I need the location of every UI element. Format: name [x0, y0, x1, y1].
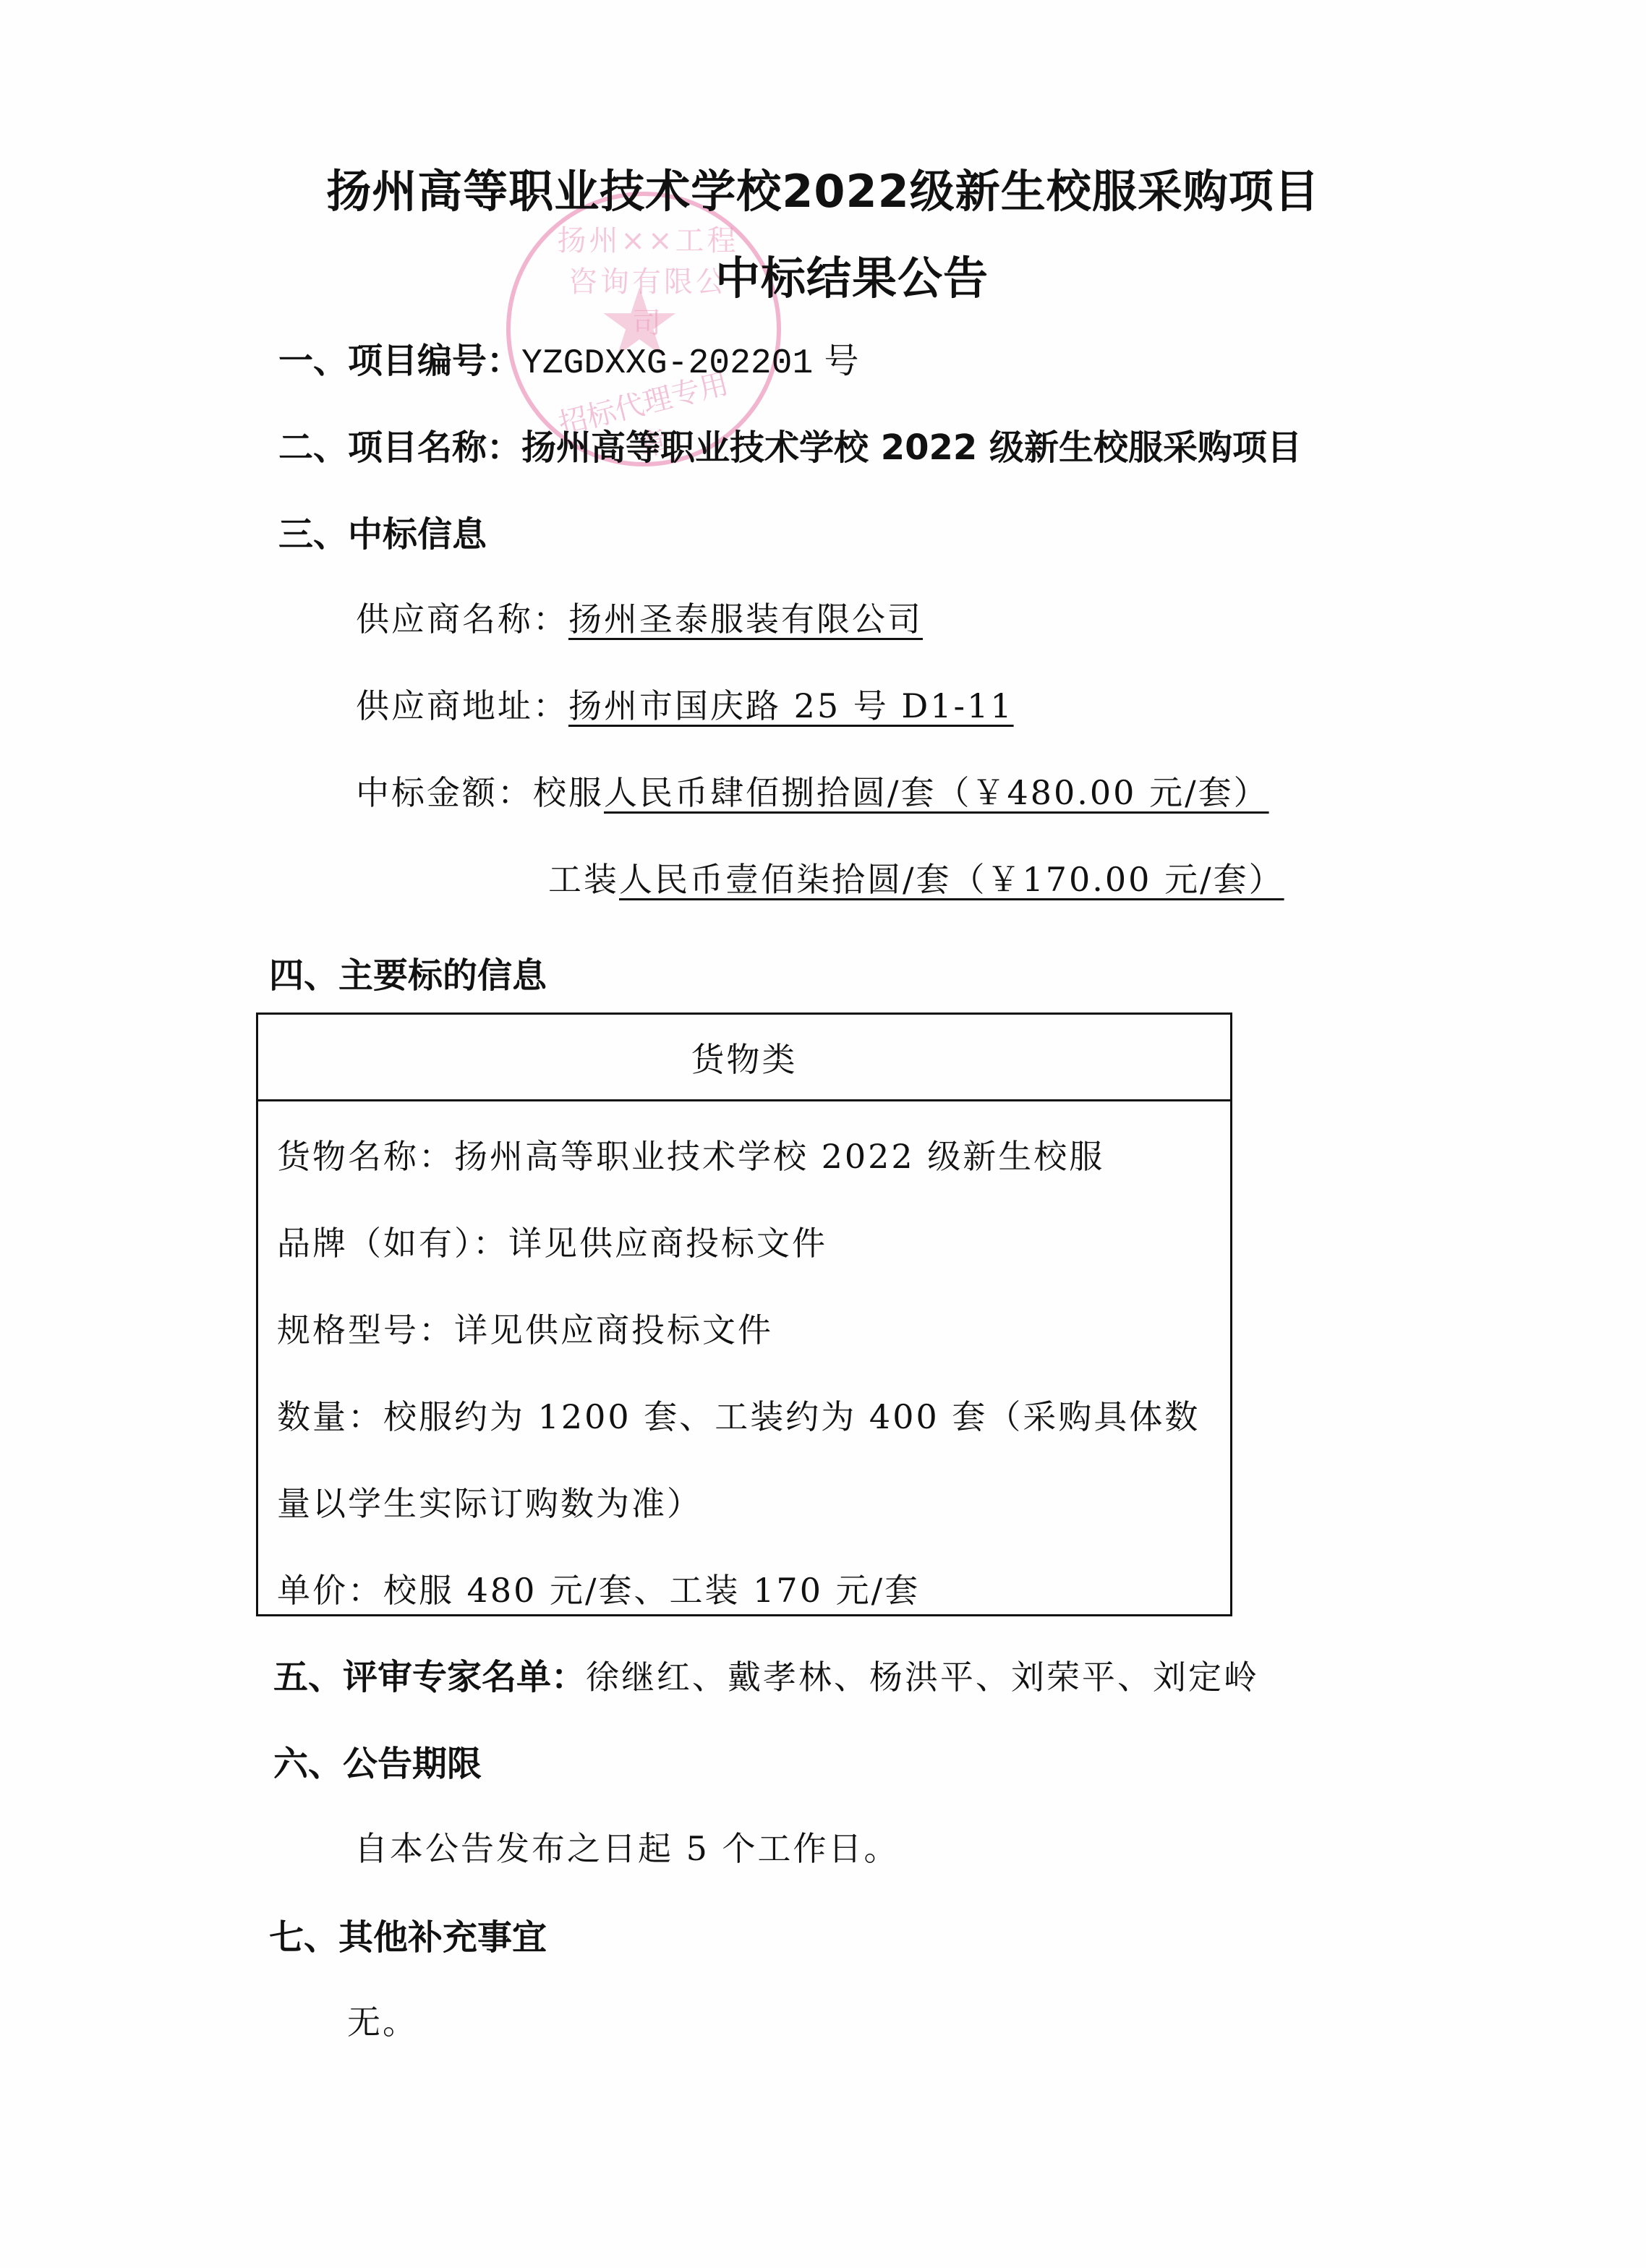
section-notice-period-heading: 六、公告期限 [273, 1736, 482, 1786]
table-row-unit-price: 单价：校服 480 元/套、工装 170 元/套 [277, 1564, 920, 1612]
page-title: 扬州高等职业技术学校2022级新生校服采购项目 [0, 155, 1646, 220]
section-experts: 五、评审专家名单：徐继红、戴孝林、杨洪平、刘荣平、刘定岭 [273, 1649, 1259, 1699]
uniform-prefix: 校服 [533, 773, 604, 812]
project-number-value: YZGDXXG-202201 [521, 344, 813, 383]
workwear-prefix: 工装 [548, 860, 619, 899]
project-name-label: 二、项目名称： [278, 427, 521, 468]
page-subtitle: 中标结果公告 [29, 242, 1646, 307]
workwear-amount: 人民币壹佰柒拾圆/套（￥170.00 元/套） [619, 860, 1284, 899]
bid-amount-label: 中标金额： [356, 773, 533, 812]
bid-amount-workwear-row: 工装人民币壹佰柒拾圆/套（￥170.00 元/套） [548, 853, 1284, 901]
supplier-name-value: 扬州圣泰服装有限公司 [568, 600, 923, 639]
table-header: 货物类 [258, 1015, 1230, 1101]
table-row-quantity: 数量：校服约为 1200 套、工装约为 400 套（采购具体数 [277, 1391, 1200, 1438]
supplier-name-label: 供应商名称： [356, 600, 568, 639]
section-project-number: 一、项目编号：YZGDXXG-202201 号 [278, 333, 859, 383]
table-row-brand: 品牌（如有）：详见供应商投标文件 [277, 1217, 827, 1265]
section-bid-info-heading: 三、中标信息 [278, 506, 487, 556]
goods-info-table: 货物类 货物名称：扬州高等职业技术学校 2022 级新生校服 品牌（如有）：详见… [256, 1012, 1232, 1616]
supplier-name-row: 供应商名称：扬州圣泰服装有限公司 [356, 593, 923, 641]
announcement-page: 扬州××工程咨询有限公司 ★ 招标代理专用章 扬州高等职业技术学校2022级新生… [0, 0, 1646, 2268]
supplier-address-value: 扬州市国庆路 25 号 D1-11 [568, 686, 1014, 725]
project-number-label: 一、项目编号： [278, 341, 521, 381]
section-main-subject-heading: 四、主要标的信息 [269, 947, 547, 997]
experts-value: 徐继红、戴孝林、杨洪平、刘荣平、刘定岭 [586, 1658, 1259, 1697]
project-number-suffix: 号 [813, 341, 858, 381]
uniform-amount: 人民币肆佰捌拾圆/套（￥480.00 元/套） [604, 773, 1269, 812]
project-name-value: 扬州高等职业技术学校 2022 级新生校服采购项目 [521, 427, 1302, 468]
supplier-address-label: 供应商地址： [356, 686, 568, 725]
table-row-quantity-cont: 量以学生实际订购数为准） [277, 1478, 702, 1525]
other-matters-value: 无。 [347, 1996, 418, 2044]
bid-amount-uniform-row: 中标金额：校服人民币肆佰捌拾圆/套（￥480.00 元/套） [356, 767, 1269, 814]
supplier-address-row: 供应商地址：扬州市国庆路 25 号 D1-11 [356, 680, 1014, 728]
table-row-model: 规格型号：详见供应商投标文件 [277, 1304, 773, 1352]
section-project-name: 二、项目名称：扬州高等职业技术学校 2022 级新生校服采购项目 [278, 419, 1302, 469]
table-header-label: 货物类 [691, 1033, 798, 1081]
experts-label: 五、评审专家名单： [273, 1657, 586, 1697]
table-row-goods-name: 货物名称：扬州高等职业技术学校 2022 级新生校服 [277, 1130, 1104, 1178]
section-other-matters-heading: 七、其他补充事宜 [269, 1909, 547, 1959]
notice-period-value: 自本公告发布之日起 5 个工作日。 [354, 1822, 900, 1870]
